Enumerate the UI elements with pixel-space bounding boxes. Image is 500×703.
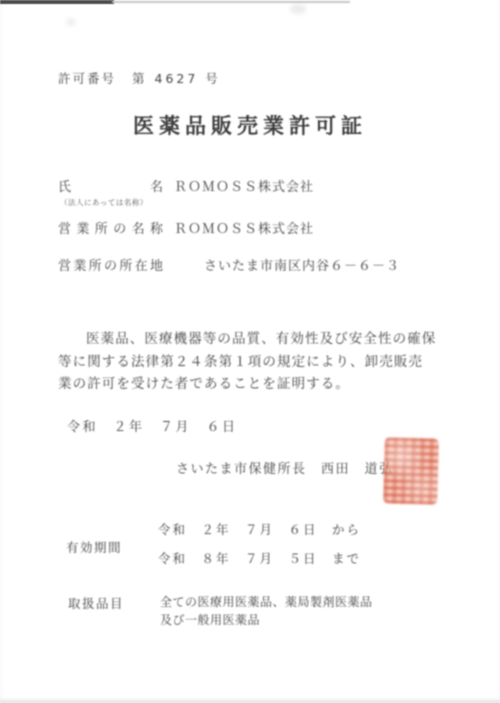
paragraph-line: 等に関する法律第２４条第１項の規定により、卸売販売 <box>58 351 450 374</box>
certificate-page: 許可番号第 4627 号 医薬品販売業許可証 氏名 ＲＯＭＯＳＳ株式会社 （法人… <box>0 0 500 703</box>
handled-items-label: 取扱品目 <box>68 594 124 612</box>
office-name-label: 営業所の名称 <box>58 218 164 237</box>
office-address-label: 営業所の所在地 <box>58 255 164 274</box>
validity-period-label: 有効期間 <box>66 538 122 556</box>
certificate-content: 許可番号第 4627 号 医薬品販売業許可証 氏名 ＲＯＭＯＳＳ株式会社 （法人… <box>0 0 500 703</box>
issue-date: 令和 ２年 ７月 ６日 <box>67 416 238 435</box>
office-address-value: さいたま市南区内谷６－６－３ <box>204 255 400 274</box>
field-office-name: 営業所の名称 ＲＯＭＯＳＳ株式会社 <box>58 218 314 237</box>
name-value: ＲＯＭＯＳＳ株式会社 <box>174 176 314 195</box>
issuer-name: さいたま市保健所長 西田 道弘 <box>176 458 394 477</box>
field-name: 氏名 ＲＯＭＯＳＳ株式会社 <box>58 176 314 195</box>
field-office-address: 営業所の所在地 さいたま市南区内谷６－６－３ <box>58 255 400 274</box>
certificate-title: 医薬品販売業許可証 <box>0 110 500 140</box>
office-name-value: ＲＯＭＯＳＳ株式会社 <box>174 218 314 237</box>
validity-from-date: 令和 ２年 ７月 ６日 から <box>158 520 361 538</box>
certification-paragraph: 医薬品、医療機器等の品質、有効性及び安全性の確保 等に関する法律第２４条第１項の… <box>58 328 450 396</box>
handled-items-line: 及び一般用医薬品 <box>160 611 373 629</box>
license-number-label: 許可番号 <box>58 71 116 86</box>
handled-items-line: 全ての医療用医薬品、薬局製剤医薬品 <box>160 593 373 611</box>
paragraph-line: 業の許可を受けた者であることを証明する。 <box>58 373 450 396</box>
license-number-line: 許可番号第 4627 号 <box>58 69 221 87</box>
official-red-seal-stamp <box>383 437 439 504</box>
handled-items-value: 全ての医療用医薬品、薬局製剤医薬品 及び一般用医薬品 <box>160 593 373 629</box>
name-label: 氏名 <box>58 176 164 195</box>
license-number-value: 第 4627 号 <box>132 71 221 86</box>
validity-to-date: 令和 ８年 ７月 ５日 まで <box>158 549 361 567</box>
name-corporation-note: （法人にあっては名称） <box>60 197 148 208</box>
paragraph-line: 医薬品、医療機器等の品質、有効性及び安全性の確保 <box>58 328 450 351</box>
